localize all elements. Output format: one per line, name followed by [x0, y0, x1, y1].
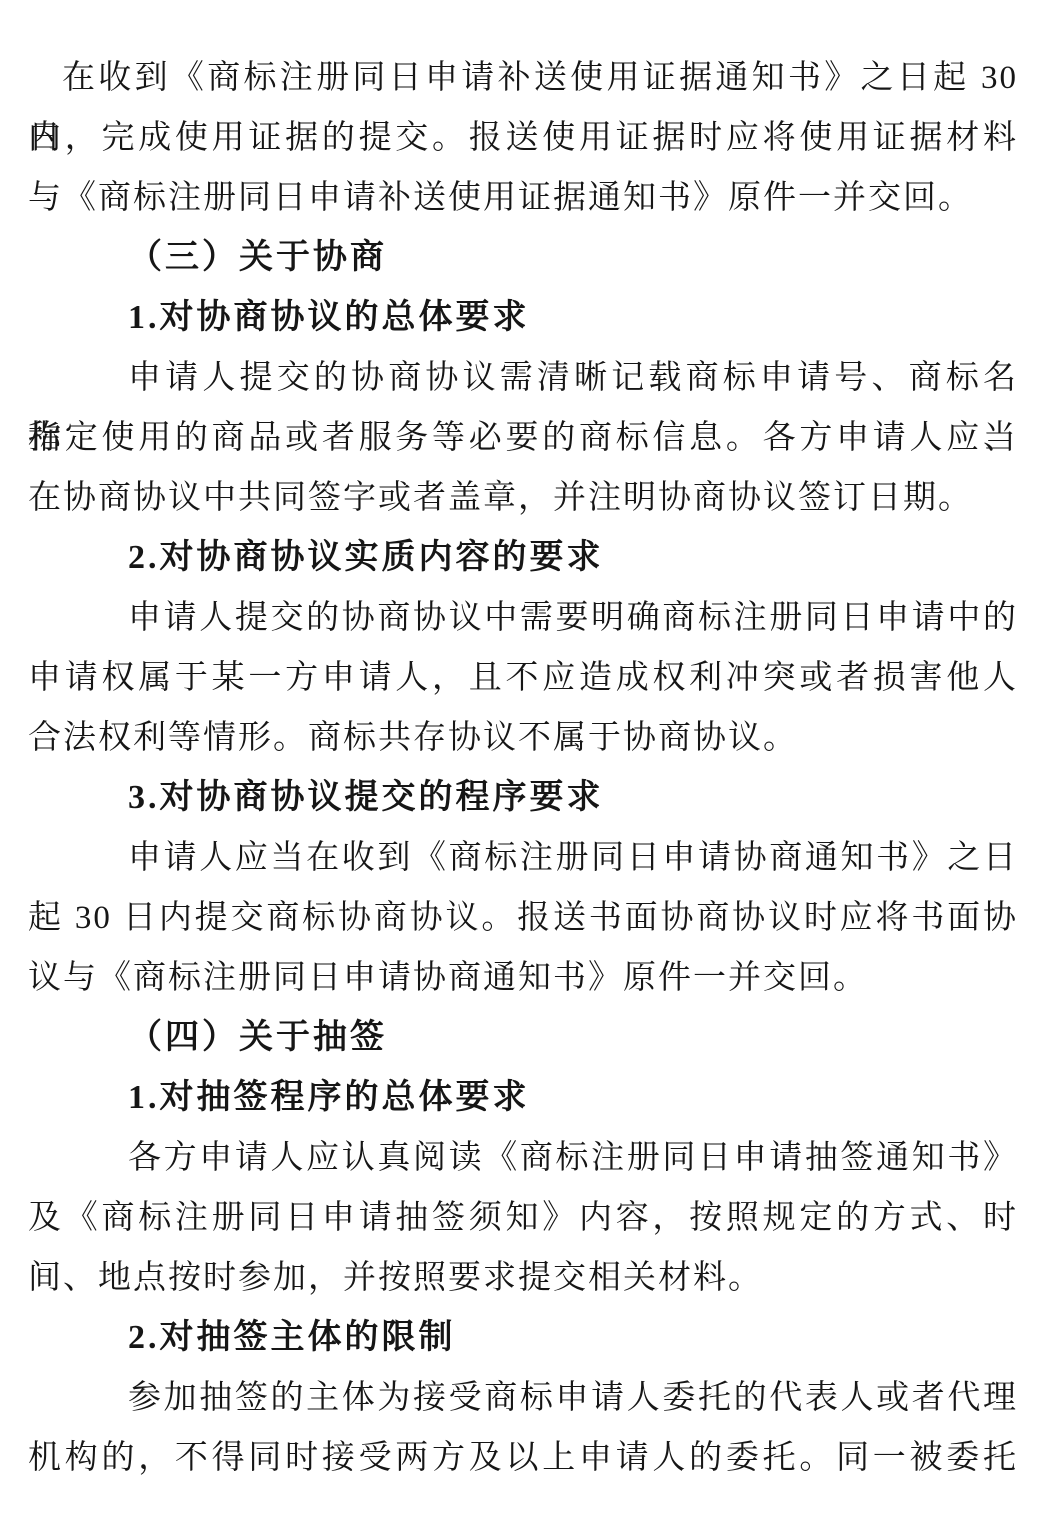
- text-line: 在收到《商标注册同日申请补送使用证据通知书》之日起 30 日: [28, 48, 1018, 108]
- text-line: 申请权属于某一方申请人，且不应造成权利冲突或者损害他人: [28, 648, 1018, 708]
- document-page: 在收到《商标注册同日申请补送使用证据通知书》之日起 30 日 内，完成使用证据的…: [0, 0, 1045, 1513]
- numbered-heading: 2.对抽签主体的限制: [28, 1308, 1018, 1368]
- text-line: 各方申请人应认真阅读《商标注册同日申请抽签通知书》: [28, 1128, 1018, 1188]
- document-text-block: 在收到《商标注册同日申请补送使用证据通知书》之日起 30 日 内，完成使用证据的…: [28, 48, 1018, 1488]
- text-line: 参加抽签的主体为接受商标申请人委托的代表人或者代理: [28, 1368, 1018, 1428]
- text-line: 起 30 日内提交商标协商协议。报送书面协商协议时应将书面协: [28, 888, 1018, 948]
- text-line: 机构的，不得同时接受两方及以上申请人的委托。同一被委托: [28, 1428, 1018, 1488]
- numbered-heading: 3.对协商协议提交的程序要求: [28, 768, 1018, 828]
- section-heading: （四）关于抽签: [28, 1008, 1018, 1068]
- text-line: 申请人应当在收到《商标注册同日申请协商通知书》之日: [28, 828, 1018, 888]
- text-line: 申请人提交的协商协议需清晰记载商标申请号、商标名称、: [28, 348, 1018, 408]
- text-line: 在协商协议中共同签字或者盖章，并注明协商协议签订日期。: [28, 468, 1018, 528]
- text-line: 指定使用的商品或者服务等必要的商标信息。各方申请人应当: [28, 408, 1018, 468]
- numbered-heading: 2.对协商协议实质内容的要求: [28, 528, 1018, 588]
- text-line: 申请人提交的协商协议中需要明确商标注册同日申请中的: [28, 588, 1018, 648]
- text-line: 及《商标注册同日申请抽签须知》内容，按照规定的方式、时: [28, 1188, 1018, 1248]
- numbered-heading: 1.对抽签程序的总体要求: [28, 1068, 1018, 1128]
- section-heading: （三）关于协商: [28, 228, 1018, 288]
- text-line: 议与《商标注册同日申请协商通知书》原件一并交回。: [28, 948, 1018, 1008]
- text-line: 内，完成使用证据的提交。报送使用证据时应将使用证据材料: [28, 108, 1018, 168]
- text-line: 合法权利等情形。商标共存协议不属于协商协议。: [28, 708, 1018, 768]
- text-line: 与《商标注册同日申请补送使用证据通知书》原件一并交回。: [28, 168, 1018, 228]
- text-line: 间、地点按时参加，并按照要求提交相关材料。: [28, 1248, 1018, 1308]
- numbered-heading: 1.对协商协议的总体要求: [28, 288, 1018, 348]
